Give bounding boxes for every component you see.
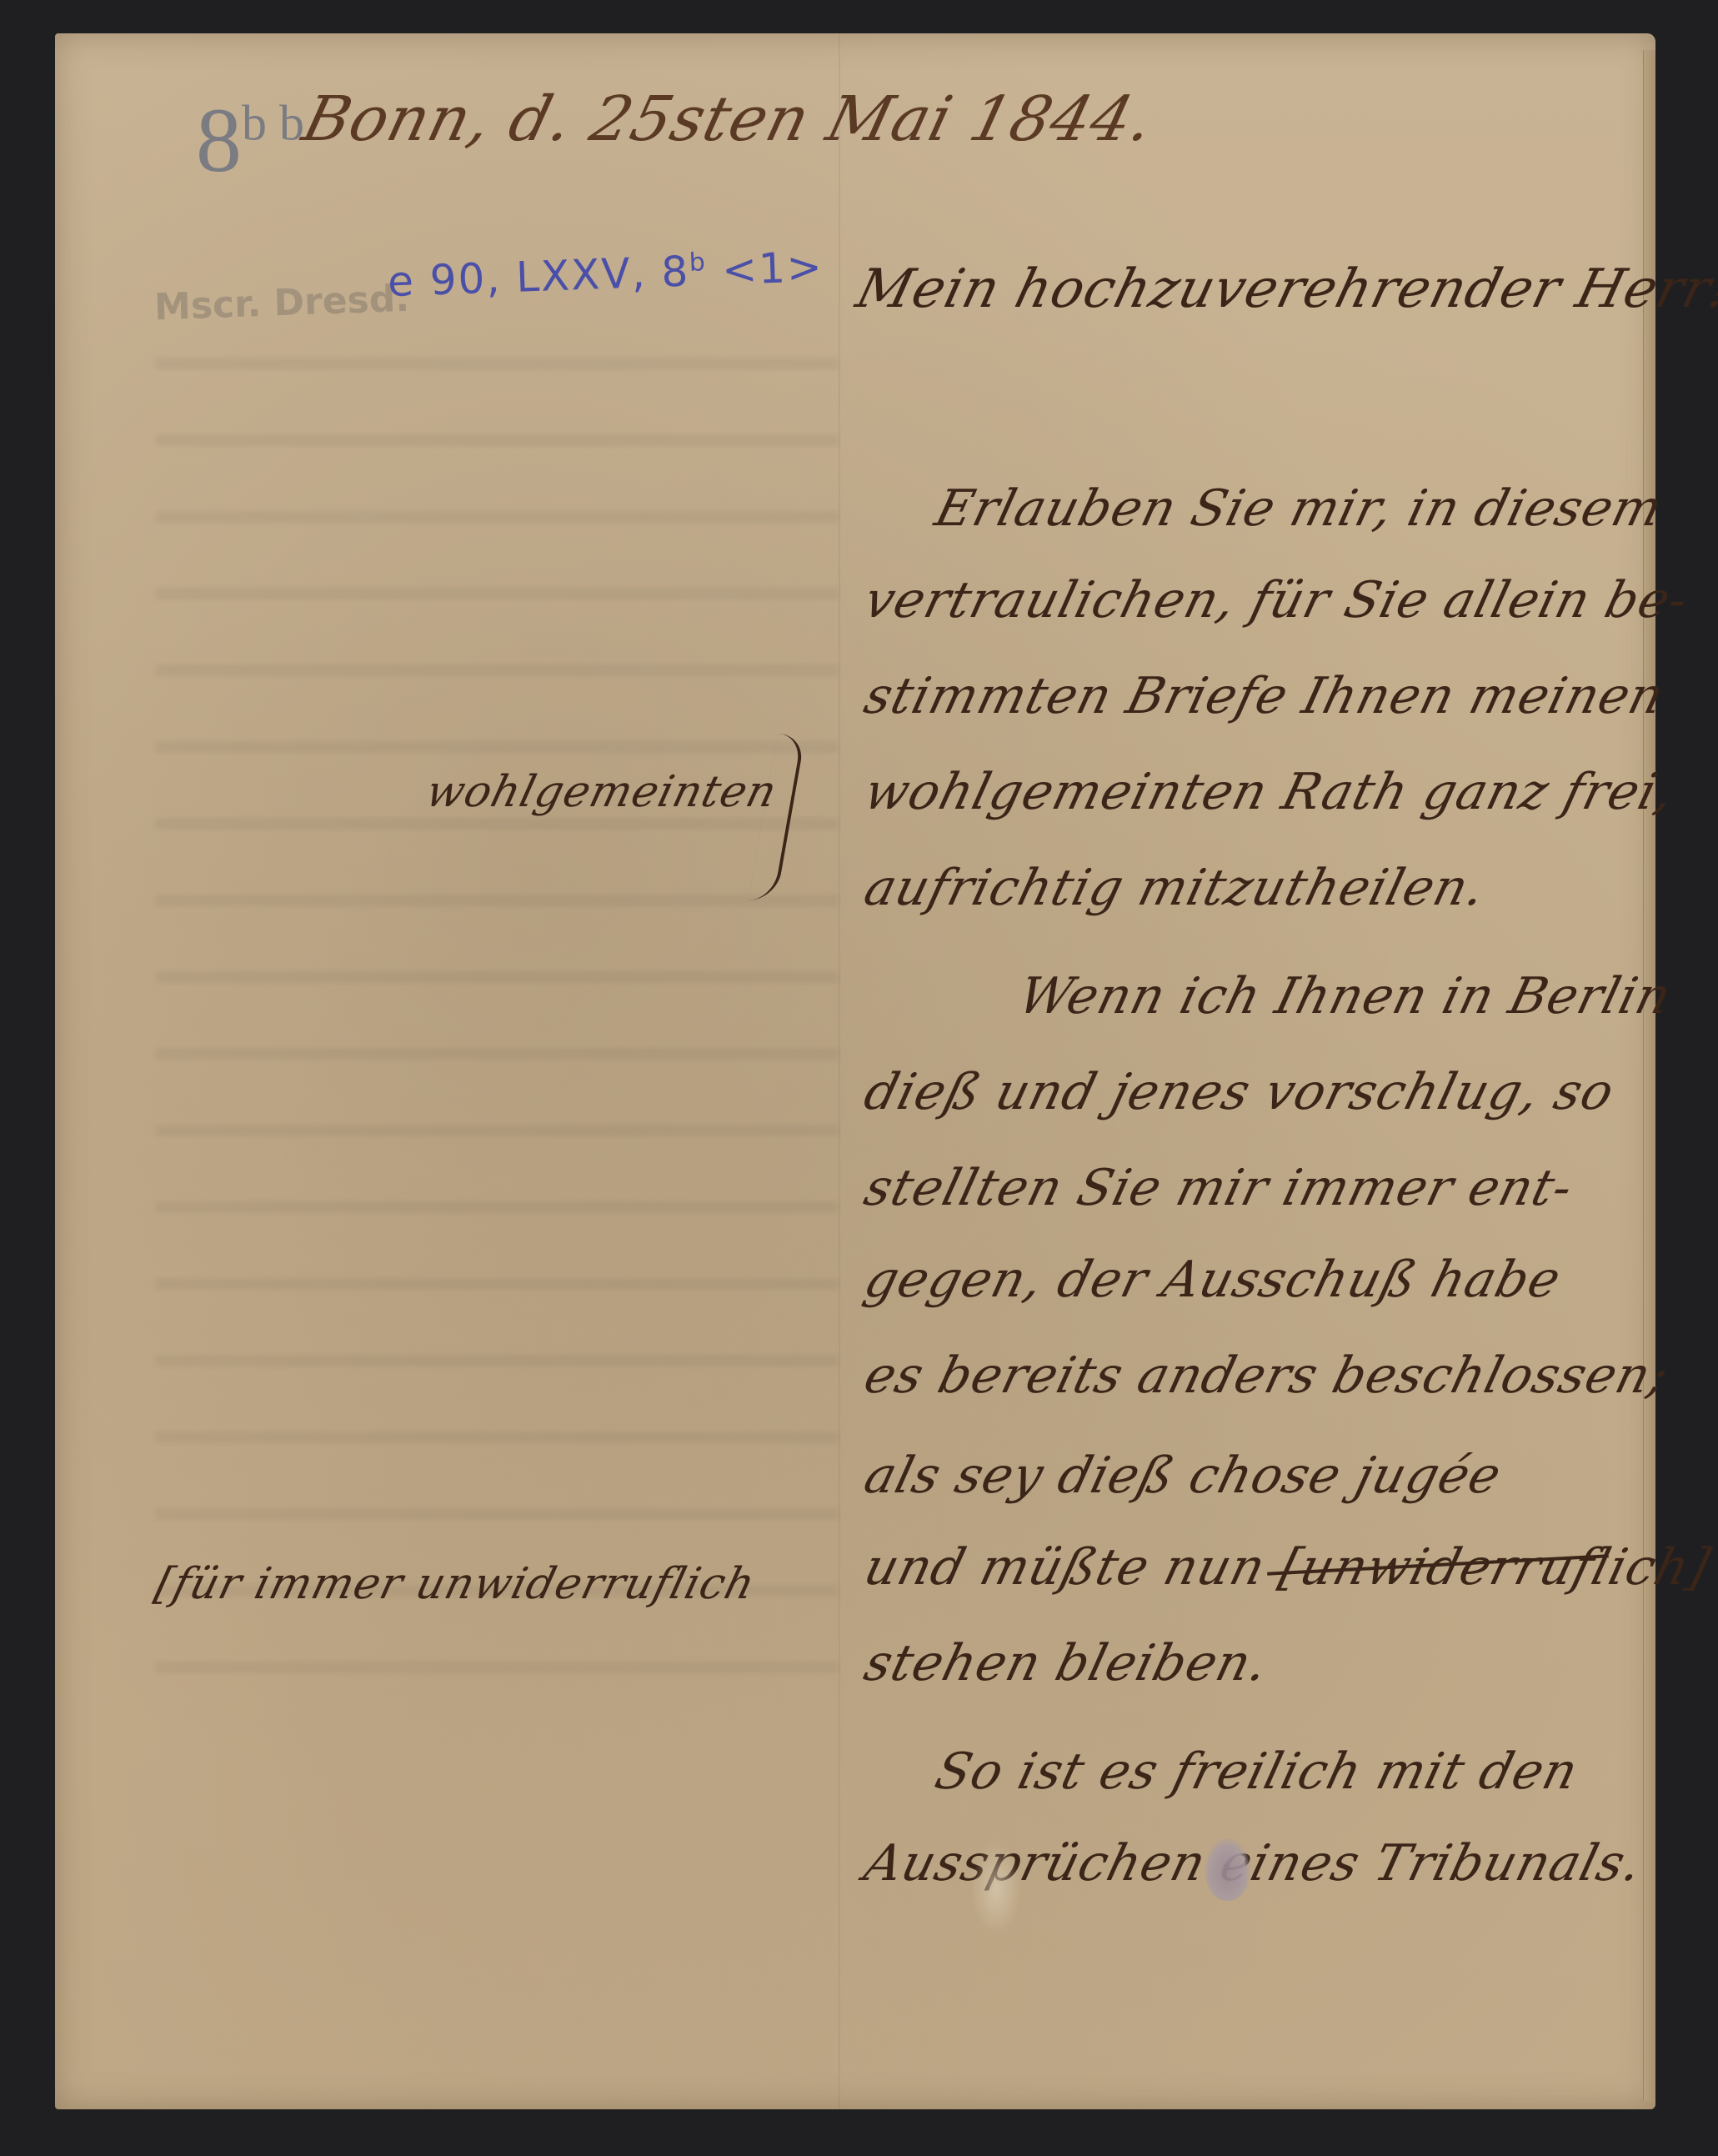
ink-bleed-through [155,317,839,1734]
body-line: stellten Sie mir immer ent- [859,1159,1579,1217]
body-line: Wenn ich Ihnen in Berlin [1013,967,1677,1025]
paper-stain [971,1843,1021,1934]
blue-shelfmark-sup: b [689,248,707,278]
blue-shelfmark-suffix: <1> [721,243,824,294]
body-line: und müßte nun [unwiderruflich] [859,1538,1716,1597]
page-edge [1643,50,1655,2101]
library-stamp: Mscr. Dresd. [153,278,410,329]
margin-note-unwiderruflich: [für immer unwiderruflich [150,1559,760,1609]
paper-fold-line [839,33,840,2109]
body-line: gegen, der Ausschuß habe [859,1251,1567,1309]
shelfmark-number: 8 [196,89,242,191]
body-line: stehen bleiben. [859,1634,1275,1692]
shelfmark-superscript: b b [242,95,304,150]
body-line: stimmten Briefe Ihnen meinen [859,667,1670,725]
margin-note-wohlgemeinten: wohlgemeinten [421,767,782,817]
pencil-shelfmark: 8b b [196,88,304,193]
salutation: Mein hochzuverehrender Herr! [850,258,1718,320]
place-date-line: Bonn, d. 25sten Mai 1844. [296,83,1161,155]
ink-blot [1205,1838,1250,1901]
body-line: vertraulichen, für Sie allein be- [859,571,1695,629]
body-line: So ist es freilich mit den [929,1742,1584,1801]
body-line: aufrichtig mitzutheilen. [859,859,1491,917]
body-line: dieß und jenes vorschlug, so [859,1063,1620,1121]
body-line: es bereits anders beschlossen; [859,1346,1675,1405]
body-line: wohlgemeinten Rath ganz frei, [859,763,1680,821]
body-line: als sey dieß chose jugée [859,1447,1507,1505]
body-line: Erlauben Sie mir, in diesem [929,479,1669,538]
